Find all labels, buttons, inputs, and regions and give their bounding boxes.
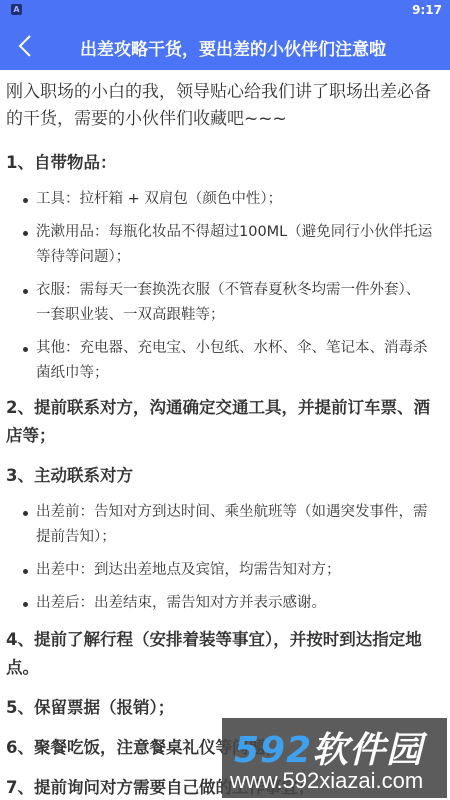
nav-bar: 出差攻略干货，要出差的小伙伴们注意啦 <box>0 22 450 70</box>
bullet-icon <box>23 511 28 516</box>
bullet-icon <box>23 231 28 236</box>
section-3-list: 出差前：告知对方到达时间、乘坐航班等（如遇突发事件，需提前告知）； 出差中：到达… <box>6 500 444 616</box>
status-bar: A 9:17 <box>0 0 450 22</box>
list-item: 其他：充电器、充电宝、小包纸、水杯、伞、笔记本、消毒杀菌纸巾等； <box>6 336 444 386</box>
section-title-1: 1、自带物品： <box>6 149 444 177</box>
section-title-3: 3、主动联系对方 <box>6 462 444 490</box>
watermark-logo: 592软件园 <box>234 722 423 773</box>
watermark-overlay: 592软件园 www.592xiazai.com <box>222 718 447 798</box>
page-title: 出差攻略干货，要出差的小伙伴们注意啦 <box>0 35 450 60</box>
bullet-icon <box>23 347 28 352</box>
app-notification-icon: A <box>11 4 22 15</box>
bullet-icon <box>23 198 28 203</box>
bullet-icon <box>23 289 28 294</box>
watermark-url: www.592xiazai.com <box>230 768 423 794</box>
list-item: 工具：拉杆箱 + 双肩包（颜色中性）； <box>6 187 444 212</box>
list-item: 出差前：告知对方到达时间、乘坐航班等（如遇突发事件，需提前告知）； <box>6 500 444 550</box>
bullet-icon <box>23 602 28 607</box>
bullet-icon <box>23 569 28 574</box>
status-time: 9:17 <box>412 3 442 17</box>
list-item: 出差中：到达出差地点及宾馆，均需告知对方； <box>6 558 444 583</box>
section-title-4: 4、提前了解行程（安排着装等事宜），并按时到达指定地点。 <box>6 626 444 682</box>
section-1-list: 工具：拉杆箱 + 双肩包（颜色中性）； 洗漱用品：每瓶化妆品不得超过100ML（… <box>6 187 444 386</box>
article-content: 刚入职场的小白的我，领导贴心给我们讲了职场出差必备的干货，需要的小伙伴们收藏吧~… <box>0 70 450 800</box>
list-item: 出差后：出差结束，需告知对方并表示感谢。 <box>6 591 444 616</box>
list-item: 洗漱用品：每瓶化妆品不得超过100ML（避免同行小伙伴托运等待等问题）； <box>6 220 444 270</box>
section-title-2: 2、提前联系对方，沟通确定交通工具，并提前订车票、酒店等； <box>6 394 444 450</box>
article-intro: 刚入职场的小白的我，领导贴心给我们讲了职场出差必备的干货，需要的小伙伴们收藏吧~… <box>6 79 444 133</box>
list-item: 衣服：需每天一套换洗衣服（不管春夏秋冬均需一件外套）、一套职业装、一双高跟鞋等； <box>6 278 444 328</box>
